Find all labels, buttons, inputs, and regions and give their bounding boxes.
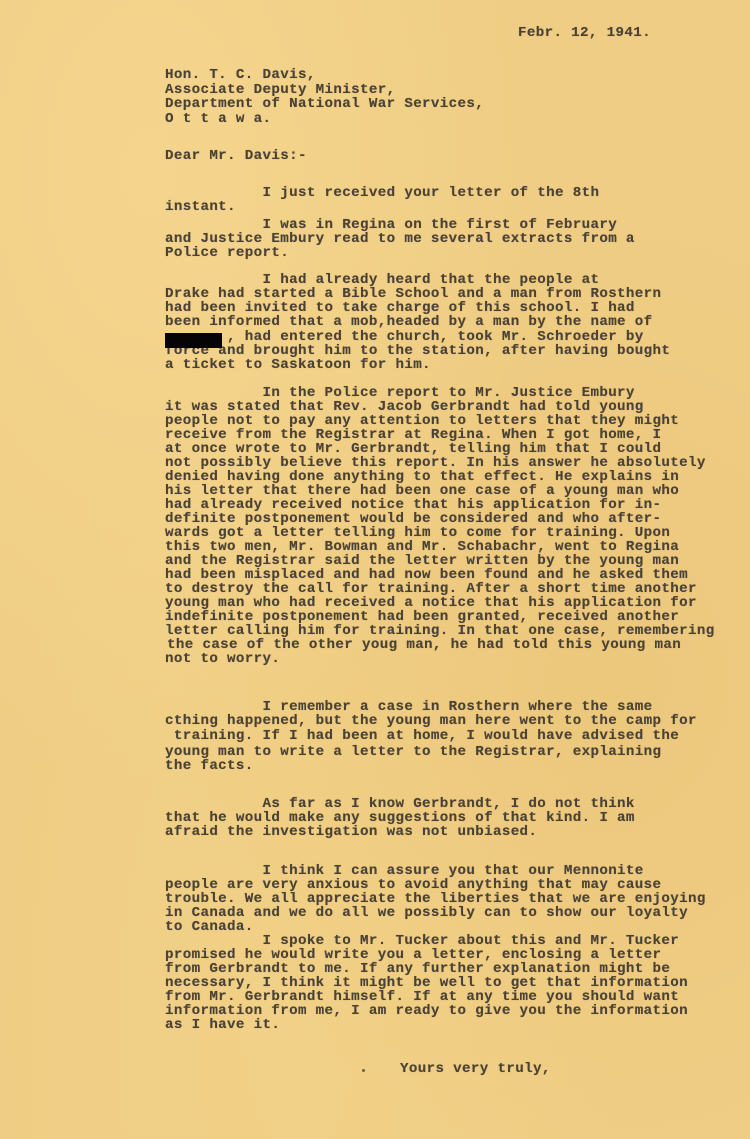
letter-date: Febr. 12, 1941.	[518, 26, 651, 41]
salutation: Dear Mr. Davis:-	[165, 149, 307, 164]
body-line: not to worry.	[165, 652, 280, 667]
body-line: a ticket to Saskatoon for him.	[165, 358, 431, 373]
letter-page: Febr. 12, 1941. Hon. T. C. Davis,Associa…	[0, 0, 750, 1139]
recipient-line: Department of National War Services,	[165, 97, 484, 112]
redaction-bar	[165, 333, 222, 348]
ink-speck	[362, 1069, 365, 1072]
body-line: training. If I had been at home, I would…	[165, 729, 679, 744]
recipient-line: Hon. T. C. Davis,	[165, 68, 316, 83]
body-line: the facts.	[165, 759, 254, 774]
body-line: been informed that a mob,headed by a man…	[165, 315, 653, 330]
body-line: afraid the investigation was not unbiase…	[165, 825, 537, 840]
recipient-line: O t t a w a.	[165, 112, 271, 127]
body-line: cthing happened, but the young man here …	[165, 714, 697, 729]
body-line: Police report.	[165, 246, 289, 261]
body-line: instant.	[165, 200, 236, 215]
body-line: as I have it.	[165, 1018, 280, 1033]
closing: Yours very truly,	[400, 1062, 551, 1077]
